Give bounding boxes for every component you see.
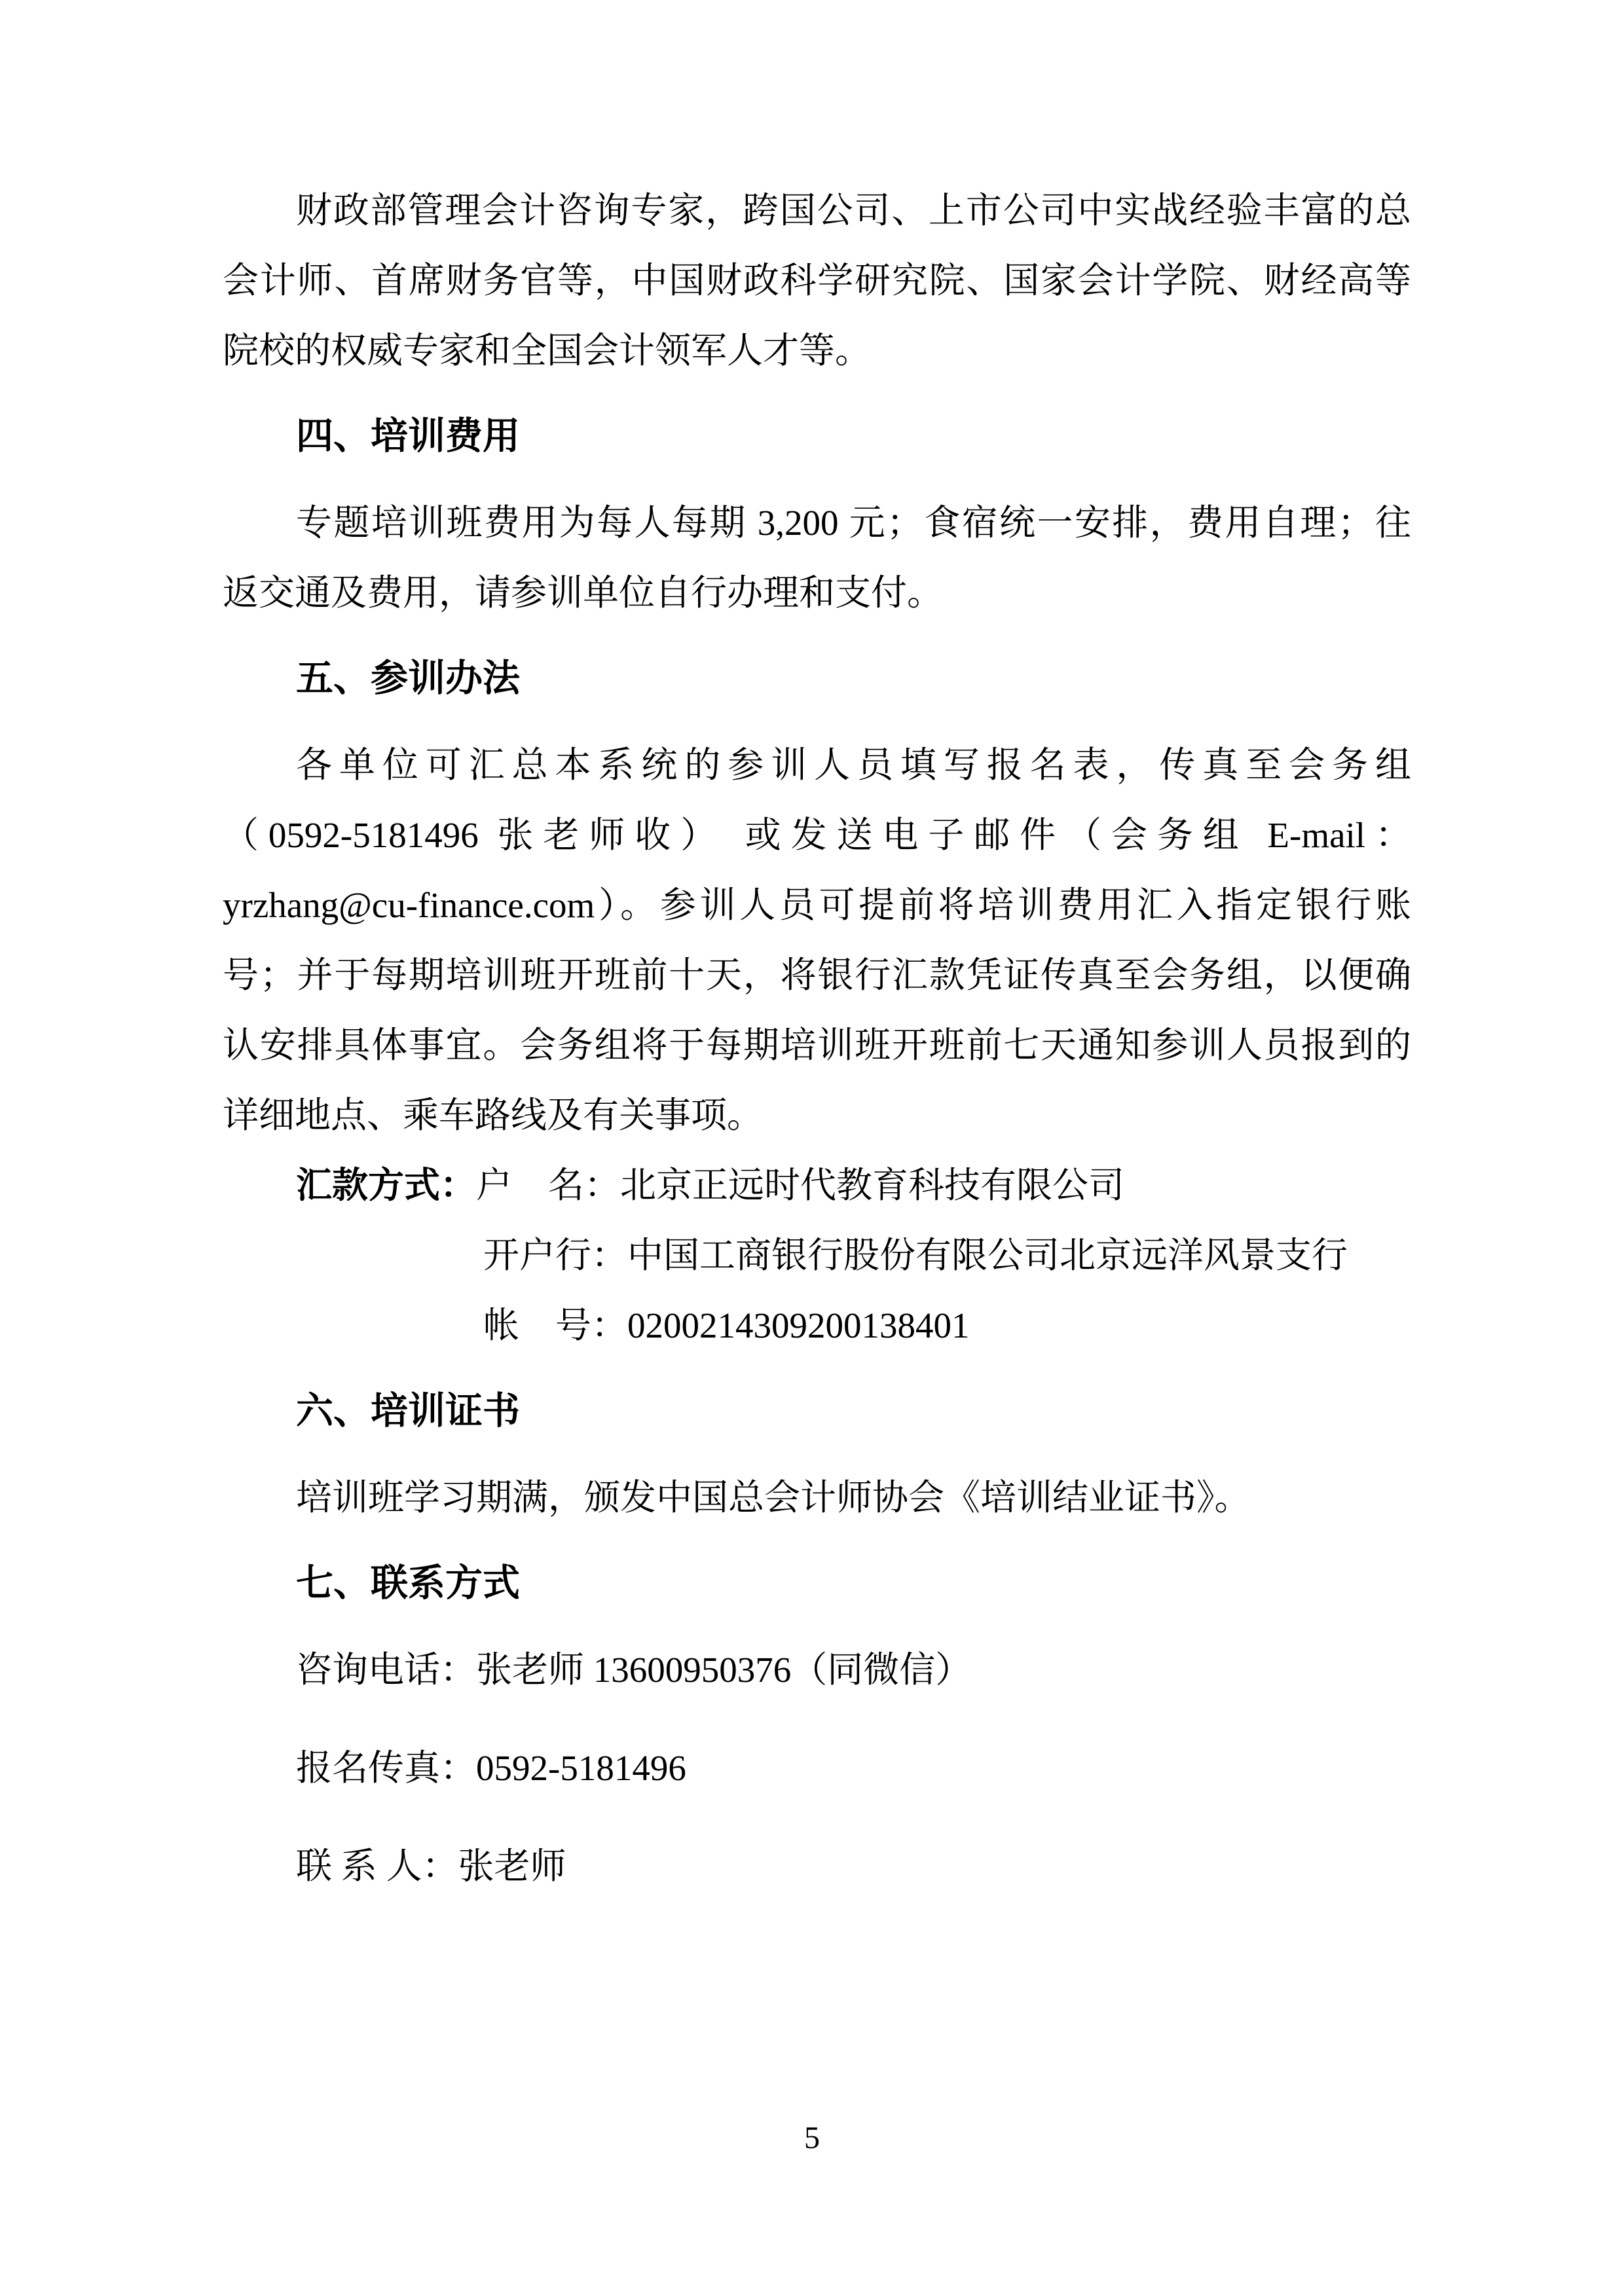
text-line: 咨询电话：张老师 13600950376（同微信） <box>223 1635 1411 1705</box>
document-body: 财政部管理会计咨询专家，跨国公司、上市公司中实战经验丰富的总会计师、首席财务官等… <box>223 175 1411 1901</box>
text-line: 汇款方式：户 名：北京正远时代教育科技有限公司 <box>223 1150 1411 1220</box>
section-heading: 四、培训费用 <box>223 401 1411 471</box>
text-line: 详细地点、乘车路线及有关事项。 <box>223 1080 1411 1150</box>
section-heading: 五、参训办法 <box>223 644 1411 714</box>
text-line: 帐 号：0200214309200138401 <box>223 1290 1411 1360</box>
text-line: （0592-5181496 张老师收） 或发送电子邮件（会务组 E-mail： <box>223 800 1411 870</box>
remit-label: 汇款方式： <box>296 1165 476 1205</box>
text-line: 报名传真：0592-5181496 <box>223 1733 1411 1803</box>
text-line: 开户行：中国工商银行股份有限公司北京远洋风景支行 <box>223 1220 1411 1290</box>
section-heading: 七、联系方式 <box>223 1548 1411 1618</box>
text-line: 会计师、首席财务官等，中国财政科学研究院、国家会计学院、财经高等 <box>223 246 1411 316</box>
page-number: 5 <box>0 2120 1624 2157</box>
text-line: 认安排具体事宜。会务组将于每期培训班开班前七天通知参训人员报到的 <box>223 1010 1411 1080</box>
text-line: 联 系 人：张老师 <box>223 1831 1411 1901</box>
text-line: 号；并于每期培训班开班前十天，将银行汇款凭证传真至会务组，以便确 <box>223 940 1411 1010</box>
text-line: 财政部管理会计咨询专家，跨国公司、上市公司中实战经验丰富的总 <box>223 175 1411 246</box>
section-heading: 六、培训证书 <box>223 1376 1411 1446</box>
text-line: 院校的权威专家和全国会计领军人才等。 <box>223 316 1411 386</box>
text-line: yrzhang@cu-finance.com）。参训人员可提前将培训费用汇入指定… <box>223 870 1411 940</box>
text-line: 培训班学习期满，颁发中国总会计师协会《培训结业证书》。 <box>223 1463 1411 1533</box>
text-line: 各单位可汇总本系统的参训人员填写报名表，传真至会务组 <box>223 730 1411 800</box>
text-run: 户 名：北京正远时代教育科技有限公司 <box>476 1165 1124 1205</box>
text-line: 专题培训班费用为每人每期 3,200 元；食宿统一安排，费用自理；往 <box>223 488 1411 558</box>
text-line: 返交通及费用，请参训单位自行办理和支付。 <box>223 558 1411 628</box>
document-page: 财政部管理会计咨询专家，跨国公司、上市公司中实战经验丰富的总会计师、首席财务官等… <box>0 0 1624 2296</box>
